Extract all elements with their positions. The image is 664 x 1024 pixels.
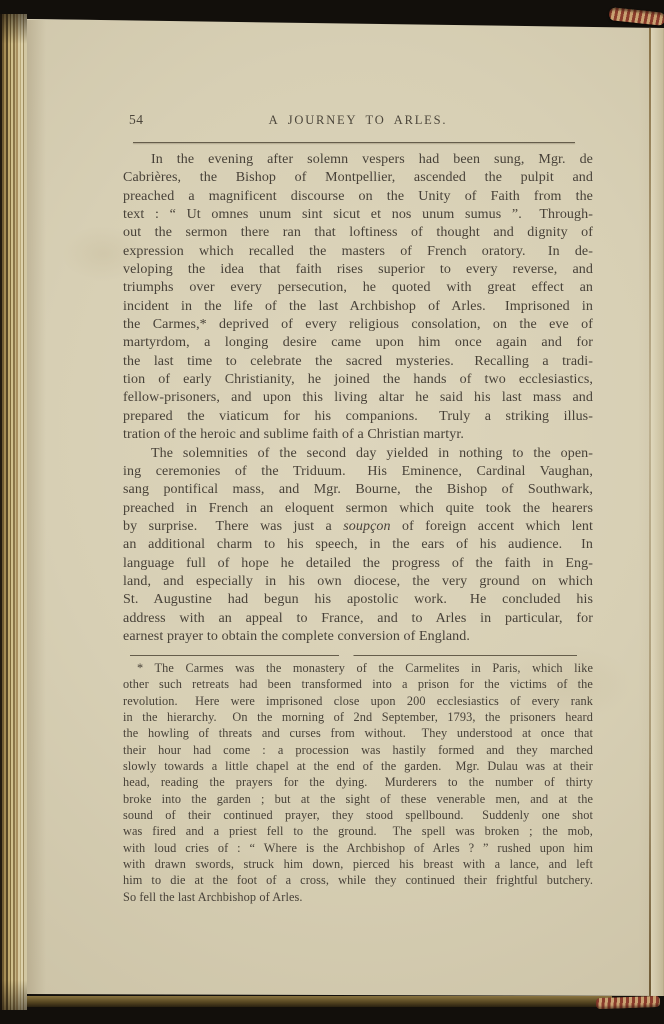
text-line: veloping the idea that faith rises super… [123, 261, 593, 279]
text-line: out the sermon there ran that loftiness … [123, 224, 593, 242]
text-line: sound of their continued prayer, they st… [123, 807, 593, 823]
main-text: In the evening after solemn vespers had … [123, 151, 593, 646]
text-line: broke into the garden ; but at the sight… [123, 791, 593, 807]
text-line: tion of early Christianity, he joined th… [123, 371, 593, 389]
text-line: tration of the heroic and sublime faith … [123, 426, 593, 444]
text-line: fellow-prisoners, and upon this living a… [123, 389, 593, 407]
text-line: incident in the life of the last Archbis… [123, 298, 593, 316]
bottom-page-edge [27, 996, 612, 1007]
text-line: in the hierarchy. On the morning of 2nd … [123, 709, 593, 725]
text-line: martyrdom, a longing desire came upon hi… [123, 334, 593, 352]
text-line: text : “ Ut omnes unum sint sicut et nos… [123, 206, 593, 224]
text-line: earnest prayer to obtain the complete co… [123, 628, 593, 646]
text-line: triumphs over every persecution, he quot… [123, 279, 593, 297]
text-line: with drawn swords, struck him down, pier… [123, 856, 593, 872]
page-stack-edges [0, 14, 27, 1010]
headband [608, 7, 664, 26]
text-line: an additional charm to his speech, in th… [123, 536, 593, 554]
text-line: head, reading the prayers for the dying.… [123, 774, 593, 790]
text-line: prepared the viaticum for his companions… [123, 408, 593, 426]
text-line: slowly towards a little chapel at the en… [123, 758, 593, 774]
text-line: The solemnities of the second day yielde… [123, 445, 593, 463]
text-line: with loud cries of : “ Where is the Arch… [123, 840, 593, 856]
text-line: him to die at the foot of a cross, while… [123, 872, 593, 888]
text-line: land, and especially in his own diocese,… [123, 573, 593, 591]
running-title: A JOURNEY TO ARLES. [123, 113, 593, 128]
text-line: St. Augustine had begun his apostolic wo… [123, 591, 593, 609]
text-line: their hour had come : a procession was h… [123, 742, 593, 758]
photo-of-book: { "page": { "number": "54", "running_tit… [0, 0, 664, 1024]
page-header: 54 A JOURNEY TO ARLES. [123, 112, 593, 130]
text-line: by surprise. There was just a soupçon of… [123, 518, 593, 536]
text-line: language full of hope he detailed the pr… [123, 555, 593, 573]
footnote-separator [130, 655, 577, 656]
fore-edge [651, 27, 664, 996]
text-line: Cabrières, the Bishop of Montpellier, as… [123, 169, 593, 187]
footnote-text: * The Carmes was the monastery of the Ca… [123, 660, 593, 905]
book-page: 54 A JOURNEY TO ARLES. In the evening af… [27, 19, 664, 996]
text-line: In the evening after solemn vespers had … [123, 151, 593, 169]
text-line: * The Carmes was the monastery of the Ca… [123, 660, 593, 676]
text-line: sang pontifical mass, and Mgr. Bourne, t… [123, 481, 593, 499]
text-line: ing ceremonies of the Triduum. His Emine… [123, 463, 593, 481]
text-line: expression which recalled the masters of… [123, 243, 593, 261]
text-line: the last time to celebrate the sacred my… [123, 353, 593, 371]
text-line: revolution. Here were imprisoned close u… [123, 693, 593, 709]
text-line: was fired and a priest fell to the groun… [123, 823, 593, 839]
text-line: preached in French an eloquent sermon wh… [123, 500, 593, 518]
text-line: the howling of threats and curses from w… [123, 725, 593, 741]
text-line: address with an appeal to France, and to… [123, 610, 593, 628]
text-line: preached a magnificent discourse on the … [123, 188, 593, 206]
tailband [596, 996, 660, 1009]
text-line: So fell the last Archbishop of Arles. [123, 889, 593, 905]
header-rule [133, 142, 575, 143]
text-line: the Carmes,* deprived of every religious… [123, 316, 593, 334]
text-line: other such retreats had been transformed… [123, 676, 593, 692]
